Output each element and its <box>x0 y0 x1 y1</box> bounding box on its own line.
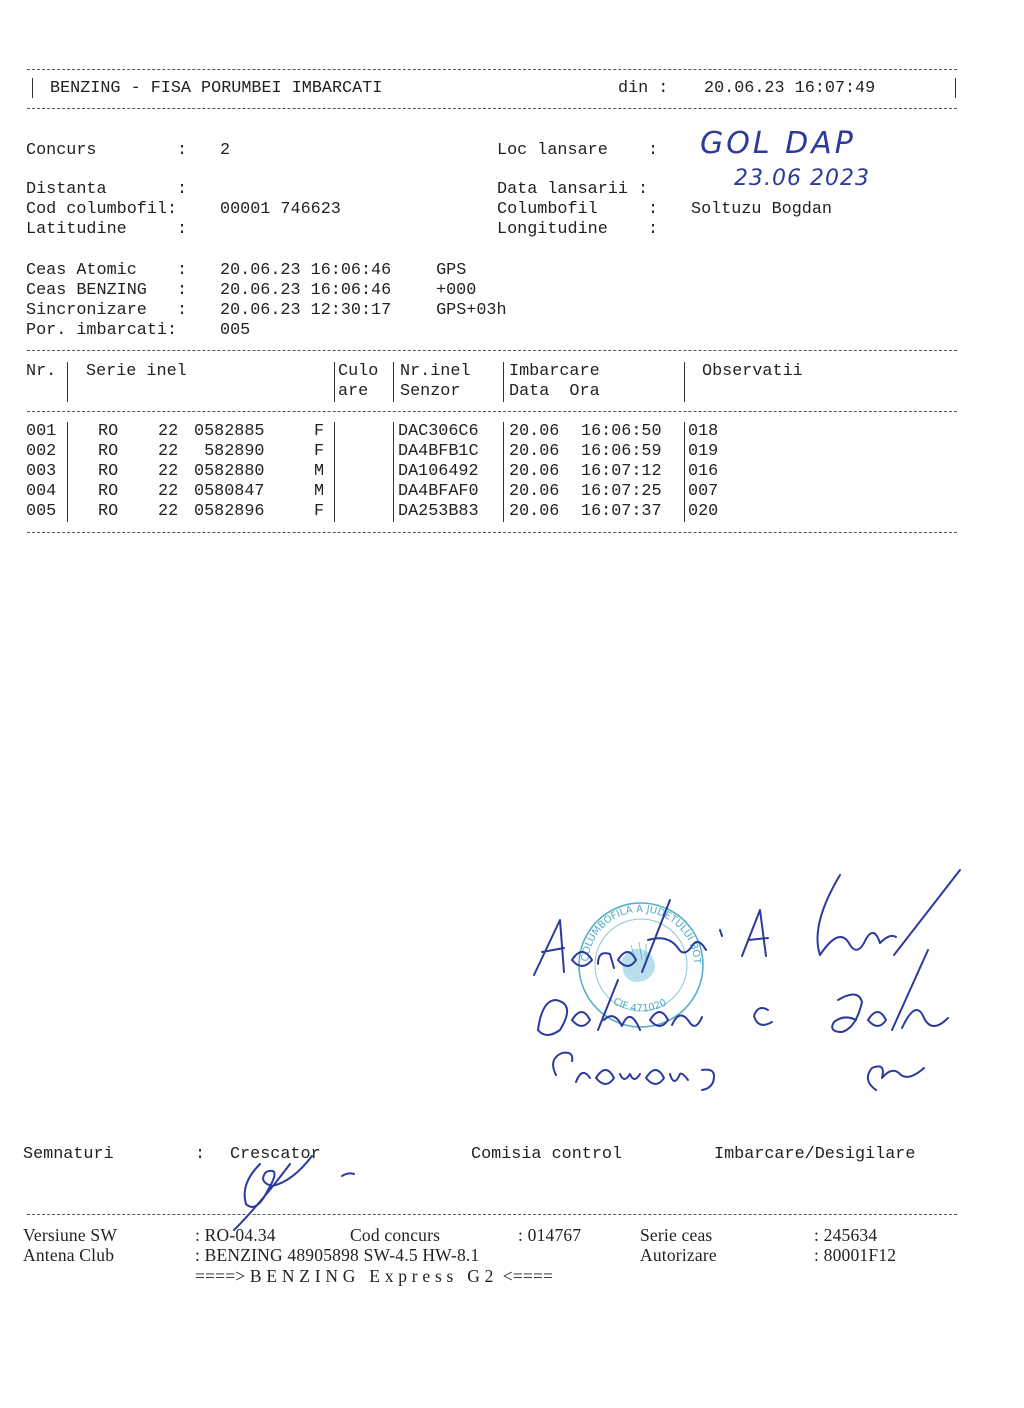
cell-nr: 004 <box>26 482 56 502</box>
column-divider <box>684 422 685 442</box>
cell-sex: F <box>314 422 324 442</box>
clock-benzing-label: Ceas BENZING : <box>26 281 187 301</box>
column-divider <box>503 422 504 442</box>
cell-ring-number: 0580847 <box>194 482 265 502</box>
cell-year: 22 <box>158 482 178 502</box>
header-culoare-2: are <box>338 382 368 402</box>
cell-nr: 005 <box>26 502 56 522</box>
cell-senzor: DA106492 <box>398 462 479 482</box>
header-divider <box>393 362 394 402</box>
cell-country: RO <box>98 482 118 502</box>
loc-lansare-label: Loc lansare : <box>497 141 658 161</box>
column-divider <box>684 482 685 502</box>
table-row: 002RO22 582890FDA4BFB1C20.0616:06:59019 <box>0 442 1024 462</box>
table-bottom-rule <box>27 532 957 533</box>
cell-ring-number: 582890 <box>194 442 265 462</box>
clock-atomic-value: 20.06.23 16:06:46 <box>220 261 391 281</box>
cell-country: RO <box>98 462 118 482</box>
cell-senzor: DA253B83 <box>398 502 479 522</box>
column-divider <box>67 462 68 482</box>
header-right-bar <box>955 78 956 98</box>
table-row: 004RO220580847MDA4BFAF020.0616:07:25007 <box>0 482 1024 502</box>
clock-atomic-suffix: GPS <box>426 261 466 281</box>
cell-observatii: 018 <box>688 422 718 442</box>
column-divider <box>684 462 685 482</box>
cell-data: 20.06 <box>509 462 559 482</box>
por-imbarcati-label: Por. imbarcati: <box>26 321 177 341</box>
column-divider <box>503 482 504 502</box>
cod-concurs-value: : 014767 <box>518 1225 581 1245</box>
column-divider <box>334 482 335 502</box>
longitudine-label: Longitudine : <box>497 220 658 240</box>
serie-ceas-value: : 245634 <box>814 1225 877 1245</box>
header-imbarcare-1: Imbarcare <box>509 362 600 382</box>
cell-ora: 16:07:25 <box>581 482 662 502</box>
clock-benzing-suffix: +000 <box>436 281 476 301</box>
cod-columbofil-value: 00001 746623 <box>220 200 341 220</box>
column-divider <box>393 442 394 462</box>
header-nr: Nr. <box>26 362 56 382</box>
cell-year: 22 <box>158 422 178 442</box>
document-title: BENZING - FISA PORUMBEI IMBARCATI <box>50 79 382 99</box>
columbofil-label: Columbofil : <box>497 200 658 220</box>
cell-sex: M <box>314 462 324 482</box>
column-divider <box>393 482 394 502</box>
column-divider <box>393 502 394 522</box>
header-top-rule <box>27 69 957 70</box>
column-divider <box>684 502 685 522</box>
cell-year: 22 <box>158 442 178 462</box>
loc-lansare-handwritten: GOL DAP <box>700 126 856 161</box>
clock-sync-value: 20.06.23 12:30:17 <box>220 301 391 321</box>
clock-sync-label: Sincronizare : <box>26 301 187 321</box>
column-divider <box>334 462 335 482</box>
clock-benzing-value: 20.06.23 16:06:46 <box>220 281 391 301</box>
header-culoare-1: Culo <box>338 362 378 382</box>
autorizare-value: : 80001F12 <box>814 1245 896 1265</box>
cell-country: RO <box>98 422 118 442</box>
cell-observatii: 016 <box>688 462 718 482</box>
cell-ora: 16:06:50 <box>581 422 662 442</box>
commission-signatures <box>520 860 980 1110</box>
table-row: 005RO220582896FDA253B8320.0616:07:37020 <box>0 502 1024 522</box>
cell-nr: 003 <box>26 462 56 482</box>
header-divider <box>503 362 504 402</box>
cell-data: 20.06 <box>509 442 559 462</box>
columbofil-value: Soltuzu Bogdan <box>691 200 832 220</box>
column-divider <box>67 502 68 522</box>
header-nr-inel-2: Senzor <box>400 382 460 402</box>
column-divider <box>684 442 685 462</box>
cell-ring-number: 0582896 <box>194 502 265 522</box>
cell-ring-number: 0582880 <box>194 462 265 482</box>
data-lansarii-handwritten: 23.06 2023 <box>734 166 870 191</box>
header-left-bar <box>32 78 33 98</box>
cell-ora: 16:06:59 <box>581 442 662 462</box>
header-divider <box>67 362 68 402</box>
column-divider <box>503 442 504 462</box>
din-label: din : <box>618 79 668 99</box>
benzing-express-banner: ====> B E N Z I N G E x p r e s s G 2 <=… <box>195 1266 553 1286</box>
imbarcare-desigilare-label: Imbarcare/Desigilare <box>714 1145 915 1165</box>
concurs-label: Concurs : <box>26 141 187 161</box>
din-timestamp: 20.06.23 16:07:49 <box>704 79 875 99</box>
column-divider <box>393 422 394 442</box>
cell-observatii: 019 <box>688 442 718 462</box>
header-nr-inel-1: Nr.inel <box>400 362 471 382</box>
clock-atomic-label: Ceas Atomic : <box>26 261 187 281</box>
cell-sex: F <box>314 442 324 462</box>
cell-senzor: DA4BFAF0 <box>398 482 479 502</box>
column-divider <box>334 502 335 522</box>
antena-club-value: : BENZING 48905898 SW-4.5 HW-8.1 <box>195 1245 479 1265</box>
por-imbarcati-value: 005 <box>220 321 250 341</box>
semnaturi-colon: : <box>195 1145 205 1165</box>
header-observatii: Observatii <box>702 362 803 382</box>
clock-sync-suffix: GPS+03h <box>426 301 507 321</box>
table-row: 003RO220582880MDA10649220.0616:07:12016 <box>0 462 1024 482</box>
cell-data: 20.06 <box>509 482 559 502</box>
semnaturi-label: Semnaturi <box>23 1145 114 1165</box>
cell-senzor: DA4BFB1C <box>398 442 479 462</box>
latitudine-label: Latitudine : <box>26 220 187 240</box>
cell-sex: F <box>314 502 324 522</box>
column-divider <box>334 422 335 442</box>
concurs-value: 2 <box>220 141 230 161</box>
cell-observatii: 020 <box>688 502 718 522</box>
header-divider <box>684 362 685 402</box>
cell-ora: 16:07:37 <box>581 502 662 522</box>
footer-rule <box>27 1214 957 1215</box>
cell-data: 20.06 <box>509 502 559 522</box>
column-divider <box>503 502 504 522</box>
cell-nr: 001 <box>26 422 56 442</box>
column-divider <box>334 442 335 462</box>
cod-columbofil-label: Cod columbofil: <box>26 200 177 220</box>
versiune-sw-label: Versiune SW <box>23 1225 117 1245</box>
column-divider <box>67 482 68 502</box>
distanta-label: Distanta : <box>26 180 187 200</box>
cell-country: RO <box>98 442 118 462</box>
column-divider <box>67 422 68 442</box>
cod-concurs-label: Cod concurs <box>350 1225 440 1245</box>
column-divider <box>393 462 394 482</box>
cell-country: RO <box>98 502 118 522</box>
versiune-sw-value: : RO-04.34 <box>195 1225 276 1245</box>
table-top-rule <box>27 350 957 351</box>
antena-club-label: Antena Club <box>23 1245 114 1265</box>
serie-ceas-label: Serie ceas <box>640 1225 712 1245</box>
comisia-control-label: Comisia control <box>471 1145 622 1165</box>
column-divider <box>503 462 504 482</box>
cell-data: 20.06 <box>509 422 559 442</box>
breeder-signature <box>220 1140 380 1230</box>
cell-sex: M <box>314 482 324 502</box>
column-divider <box>67 442 68 462</box>
autorizare-label: Autorizare <box>640 1245 717 1265</box>
table-header-rule <box>27 411 957 412</box>
header-serie-inel: Serie inel <box>86 362 187 382</box>
header-divider <box>334 362 335 402</box>
data-lansarii-label: Data lansarii : <box>497 180 648 200</box>
cell-year: 22 <box>158 462 178 482</box>
cell-observatii: 007 <box>688 482 718 502</box>
table-row: 001RO220582885FDAC306C620.0616:06:50018 <box>0 422 1024 442</box>
header-bottom-rule <box>27 108 957 109</box>
cell-ring-number: 0582885 <box>194 422 265 442</box>
header-imbarcare-2: Data Ora <box>509 382 600 402</box>
cell-year: 22 <box>158 502 178 522</box>
cell-ora: 16:07:12 <box>581 462 662 482</box>
cell-senzor: DAC306C6 <box>398 422 479 442</box>
cell-nr: 002 <box>26 442 56 462</box>
